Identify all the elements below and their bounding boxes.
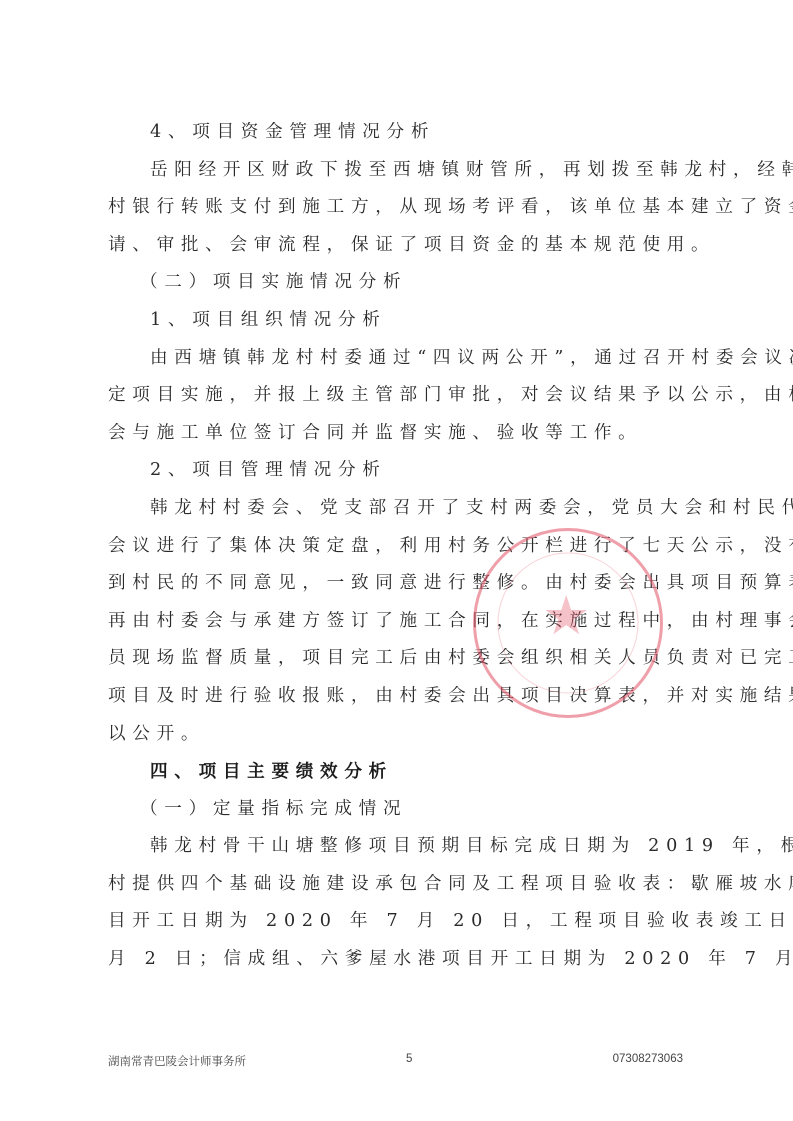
paragraph-line: 会议进行了集体决策定盘，利用村务公开栏进行了七天公示，没有收: [108, 528, 682, 566]
paragraph-line: 韩龙村骨干山塘整修项目预期目标完成日期为 2019 年，根据韩龙: [108, 828, 682, 866]
footer-firm-name: 湖南常青巴陵会计师事务所: [108, 1053, 246, 1069]
paragraph-line: 韩龙村村委会、党支部召开了支村两委会，党员大会和村民代表: [108, 490, 682, 528]
document-page: 4、项目资金管理情况分析 岳阳经开区财政下拨至西塘镇财管所，再划拨至韩龙村，经韩…: [0, 0, 793, 1121]
section-heading-organization: 1、项目组织情况分析: [108, 302, 682, 340]
paragraph-line: 到村民的不同意见，一致同意进行整修。由村委会出具项目预算表，: [108, 565, 682, 603]
paragraph-line: 村银行转账支付到施工方，从现场考评看，该单位基本建立了资金申: [108, 189, 682, 227]
footer-phone: 07308273063: [613, 1053, 683, 1065]
paragraph-line: 会与施工单位签订合同并监督实施、验收等工作。: [108, 415, 682, 453]
paragraph-line: 月 2 日；信成组、六爹屋水港项目开工日期为 2020 年 7 月 14 日，工: [108, 941, 682, 979]
paragraph-line: 定项目实施，并报上级主管部门审批，对会议结果予以公示，由村委: [108, 377, 682, 415]
section-heading-implementation: （二）项目实施情况分析: [108, 264, 682, 302]
paragraph-line: 由西塘镇韩龙村村委通过“四议两公开”，通过召开村委会议决: [108, 340, 682, 378]
section-heading-quantitative: （一）定量指标完成情况: [108, 791, 682, 829]
section-heading-funds-management: 4、项目资金管理情况分析: [108, 114, 682, 152]
paragraph-line: 请、审批、会审流程，保证了项目资金的基本规范使用。: [108, 227, 682, 265]
paragraph-line: 员现场监督质量，项目完工后由村委会组织相关人员负责对已完工的: [108, 640, 682, 678]
document-body: 4、项目资金管理情况分析 岳阳经开区财政下拨至西塘镇财管所，再划拨至韩龙村，经韩…: [108, 114, 682, 979]
footer-page-number: 5: [406, 1053, 412, 1065]
paragraph-line: 以公开。: [108, 716, 682, 754]
paragraph-line: 目开工日期为 2020 年 7 月 20 日，工程项目验收表竣工日期 2020 …: [108, 903, 682, 941]
paragraph-line: 村提供四个基础设施建设承包合同及工程项目验收表：歇雁坡水库项: [108, 866, 682, 904]
page-footer: 湖南常青巴陵会计师事务所 5 07308273063: [108, 1053, 683, 1073]
paragraph-line: 岳阳经开区财政下拨至西塘镇财管所，再划拨至韩龙村，经韩龙: [108, 152, 682, 190]
paragraph-line: 项目及时进行验收报账，由村委会出具项目决算表，并对实施结果予: [108, 678, 682, 716]
section-heading-management: 2、项目管理情况分析: [108, 452, 682, 490]
section-heading-performance: 四、项目主要绩效分析: [108, 753, 682, 791]
paragraph-line: 再由村委会与承建方签订了施工合同，在实施过程中，由村理事会人: [108, 603, 682, 641]
